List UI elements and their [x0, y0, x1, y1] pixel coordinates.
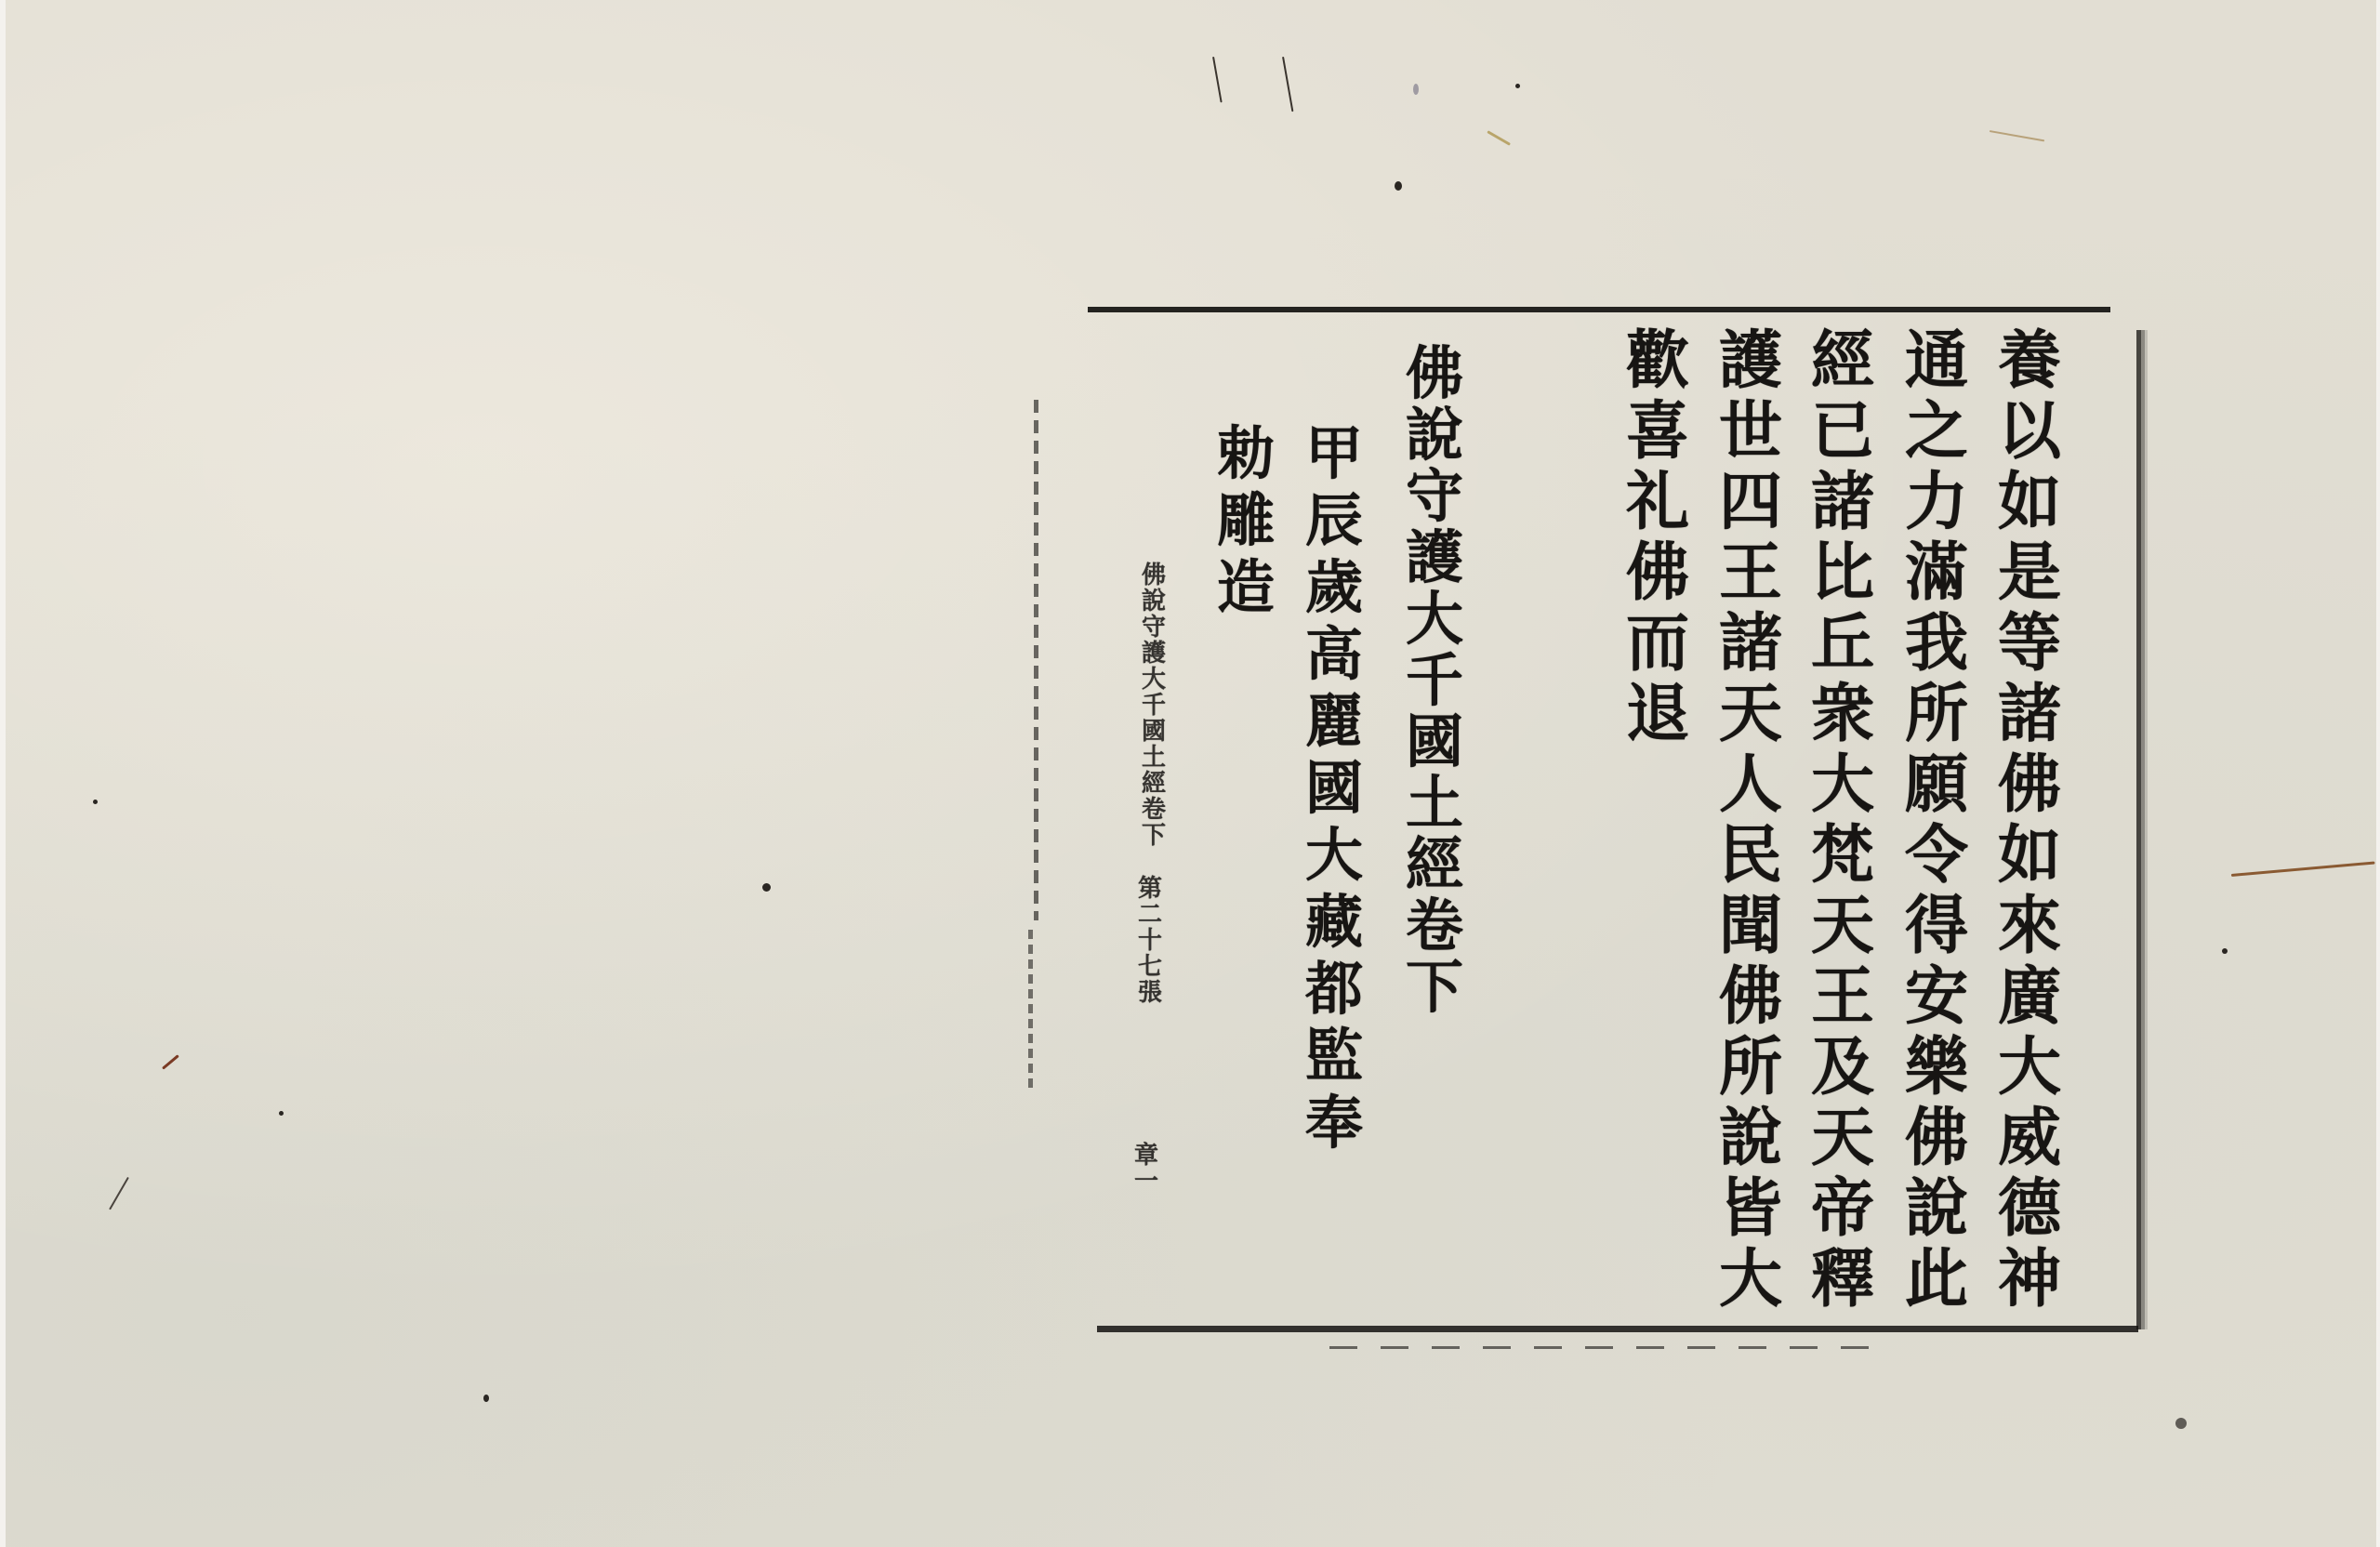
- glyph: 釋: [1805, 1244, 1880, 1315]
- glyph: 國: [1140, 712, 1168, 738]
- glyph: 我: [1899, 608, 1974, 679]
- glyph: 已: [1805, 396, 1880, 467]
- frame-bottom-border-secondary: [1329, 1346, 1887, 1349]
- glyph: 第: [1136, 869, 1164, 895]
- glyph: 經: [1805, 325, 1880, 396]
- glyph: 丘: [1805, 608, 1880, 679]
- glyph: 大: [1713, 1244, 1788, 1315]
- glyph: 帝: [1805, 1173, 1880, 1244]
- ink-speck: [1515, 84, 1520, 88]
- glyph: 樂: [1899, 1032, 1974, 1103]
- glyph: 大: [1805, 749, 1880, 820]
- glyph: 通: [1899, 325, 1974, 396]
- glyph: 是: [1992, 537, 2067, 608]
- glyph: 歡: [1620, 325, 1695, 396]
- glyph: 之: [1899, 396, 1974, 467]
- ink-speck: [279, 1111, 284, 1116]
- text-column-3: 經已諸比丘衆大梵天王及天帝釋: [1805, 325, 1880, 1315]
- glyph: 一: [1132, 1162, 1160, 1188]
- glyph: 千: [1140, 686, 1168, 712]
- glyph: 佛: [1620, 537, 1695, 608]
- glyph: 得: [1899, 891, 1974, 961]
- glyph: 大: [1301, 809, 1368, 876]
- glyph: 大: [1992, 1032, 2067, 1103]
- glyph: 如: [1992, 467, 2067, 537]
- glyph: 經: [1140, 764, 1168, 790]
- glyph: 諸: [1992, 679, 2067, 749]
- glyph: 人: [1713, 749, 1788, 820]
- margin-sutra-title: 佛說守護大千國土經卷下: [1140, 556, 1168, 842]
- colophon-column-1: 甲辰歲高麗國大藏都監奉: [1301, 407, 1368, 1144]
- colophon-column-2: 勅雕造: [1212, 407, 1279, 608]
- glyph: 二: [1136, 895, 1164, 921]
- glyph: 說: [1713, 1103, 1788, 1173]
- glyph: 佛: [1992, 749, 2067, 820]
- glyph: 國: [1301, 742, 1368, 809]
- glyph: 德: [1992, 1173, 2067, 1244]
- glyph: 甲: [1301, 407, 1368, 474]
- glyph: 監: [1301, 1010, 1368, 1077]
- text-column-5: 歡喜礼佛而退: [1620, 325, 1695, 749]
- glyph: 養: [1992, 325, 2067, 396]
- glyph: 佛: [1899, 1103, 1974, 1173]
- glyph: 高: [1301, 608, 1368, 675]
- sutra-title-column: 佛說守護大千國土經卷下: [1401, 327, 1468, 1002]
- glyph: 經: [1401, 818, 1468, 879]
- glyph: 天: [1805, 891, 1880, 961]
- glyph: 所: [1899, 679, 1974, 749]
- glyph: 來: [1992, 891, 2067, 961]
- glyph: 喜: [1620, 396, 1695, 467]
- glyph: 衆: [1805, 679, 1880, 749]
- glyph: 四: [1713, 467, 1788, 537]
- glyph: 勅: [1212, 407, 1279, 474]
- glyph: 聞: [1713, 891, 1788, 961]
- glyph: 諸: [1713, 608, 1788, 679]
- glyph: 大: [1140, 660, 1168, 686]
- glyph: 梵: [1805, 820, 1880, 891]
- glyph: 比: [1805, 537, 1880, 608]
- glyph: 退: [1620, 679, 1695, 749]
- glyph: 歲: [1301, 541, 1368, 608]
- glyph: 張: [1136, 973, 1164, 999]
- glyph: 守: [1401, 450, 1468, 511]
- text-column-4: 護世四王諸天人民聞佛所說皆大: [1713, 325, 1788, 1315]
- glyph: 所: [1713, 1032, 1788, 1103]
- text-column-2: 通之力滿我所願令得安樂佛說此: [1899, 325, 1974, 1315]
- glyph: 願: [1899, 749, 1974, 820]
- glyph: 護: [1713, 325, 1788, 396]
- ink-speck: [93, 800, 98, 804]
- text-column-1: 養以如是等諸佛如來廣大威德神: [1992, 325, 2067, 1315]
- glyph: 及: [1805, 1032, 1880, 1103]
- glyph: 礼: [1620, 467, 1695, 537]
- glyph: 滿: [1899, 537, 1974, 608]
- glyph: 如: [1992, 820, 2067, 891]
- glyph: 天: [1805, 1103, 1880, 1173]
- glyph: 民: [1713, 820, 1788, 891]
- glyph: 而: [1620, 608, 1695, 679]
- ink-speck: [2222, 948, 2228, 954]
- glyph: 守: [1140, 608, 1168, 634]
- glyph: 土: [1140, 738, 1168, 764]
- glyph: 卷: [1140, 790, 1168, 816]
- glyph: 千: [1401, 634, 1468, 695]
- glyph: 麗: [1301, 675, 1368, 742]
- glyph: 佛: [1140, 556, 1168, 582]
- glyph: 護: [1140, 634, 1168, 660]
- glyph: 皆: [1713, 1173, 1788, 1244]
- ink-speck: [1413, 84, 1419, 95]
- glyph: 安: [1899, 961, 1974, 1032]
- glyph: 此: [1899, 1244, 1974, 1315]
- ink-speck: [2175, 1418, 2187, 1429]
- glyph: 王: [1713, 537, 1788, 608]
- ink-speck: [483, 1395, 489, 1402]
- glyph: 天: [1713, 679, 1788, 749]
- glyph: 令: [1899, 820, 1974, 891]
- frame-left-border: [1034, 400, 1038, 920]
- glyph: 說: [1140, 582, 1168, 608]
- glyph: 護: [1401, 511, 1468, 573]
- glyph: 國: [1401, 695, 1468, 757]
- margin-page-number: 第二十七張: [1136, 869, 1164, 999]
- glyph: 土: [1401, 757, 1468, 818]
- glyph: 奉: [1301, 1077, 1368, 1144]
- glyph: 雕: [1212, 474, 1279, 541]
- glyph: 佛: [1713, 961, 1788, 1032]
- frame-bottom-border: [1097, 1326, 2138, 1332]
- frame-left-border-lower: [1028, 930, 1033, 1088]
- glyph: 辰: [1301, 474, 1368, 541]
- glyph: 力: [1899, 467, 1974, 537]
- frame-right-border: [2136, 330, 2148, 1329]
- frame-top-border: [1088, 307, 2110, 312]
- glyph: 世: [1713, 396, 1788, 467]
- glyph: 說: [1899, 1173, 1974, 1244]
- glyph: 佛: [1401, 327, 1468, 389]
- glyph: 等: [1992, 608, 2067, 679]
- glyph: 造: [1212, 541, 1279, 608]
- glyph: 章: [1132, 1136, 1160, 1162]
- glyph: 以: [1992, 396, 2067, 467]
- glyph: 廣: [1992, 961, 2067, 1032]
- margin-carver-name: 章一: [1132, 1136, 1160, 1188]
- glyph: 藏: [1301, 876, 1368, 943]
- glyph: 說: [1401, 389, 1468, 450]
- glyph: 下: [1401, 941, 1468, 1002]
- glyph: 威: [1992, 1103, 2067, 1173]
- ink-speck: [762, 883, 771, 892]
- glyph: 神: [1992, 1244, 2067, 1315]
- glyph: 七: [1136, 947, 1164, 973]
- glyph: 諸: [1805, 467, 1880, 537]
- glyph: 下: [1140, 816, 1168, 842]
- glyph: 十: [1136, 921, 1164, 947]
- glyph: 卷: [1401, 879, 1468, 941]
- ink-speck: [1395, 181, 1402, 191]
- glyph: 王: [1805, 961, 1880, 1032]
- glyph: 都: [1301, 943, 1368, 1010]
- glyph: 大: [1401, 573, 1468, 634]
